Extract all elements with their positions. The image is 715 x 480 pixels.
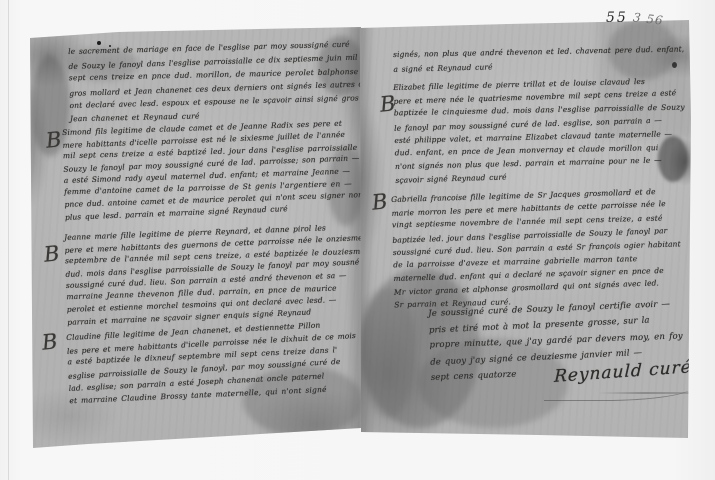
register-entry-jeanne-marie: Jeanne marie fille legitime de pierre Re… (64, 221, 377, 328)
register-entry-marriage: le sacrement de mariage en face de l'esg… (68, 37, 393, 126)
margin-letter-b: B (43, 241, 61, 266)
register-entry-elizabet: Elizabet fille legitime de pierre trilla… (393, 74, 687, 187)
register-entry-continuation: signés, non plus que andré thevenon et l… (393, 42, 685, 75)
faint-rule-line (598, 392, 690, 394)
register-entry-simond: Simond fils legitime de claude camet et … (62, 117, 373, 223)
margin-letter-b: B (45, 127, 63, 152)
right-page: signés, non plus que andré thevenon et l… (358, 18, 692, 442)
scanned-register-spread: le sacrement de mariage en face de l'esg… (0, 0, 715, 480)
margin-letter-b: B (371, 189, 389, 214)
register-entry-claudine: Claudine fille legitime de Jean chanenet… (66, 318, 359, 408)
margin-letter-b: B (41, 329, 59, 354)
left-page: le sacrement de mariage en face de l'esg… (28, 26, 362, 450)
register-entry-gabriella: Gabriella francoise fille legitime de Sr… (391, 184, 682, 311)
page-number: 55 (606, 10, 628, 26)
scanner-edge-line (8, 0, 9, 480)
